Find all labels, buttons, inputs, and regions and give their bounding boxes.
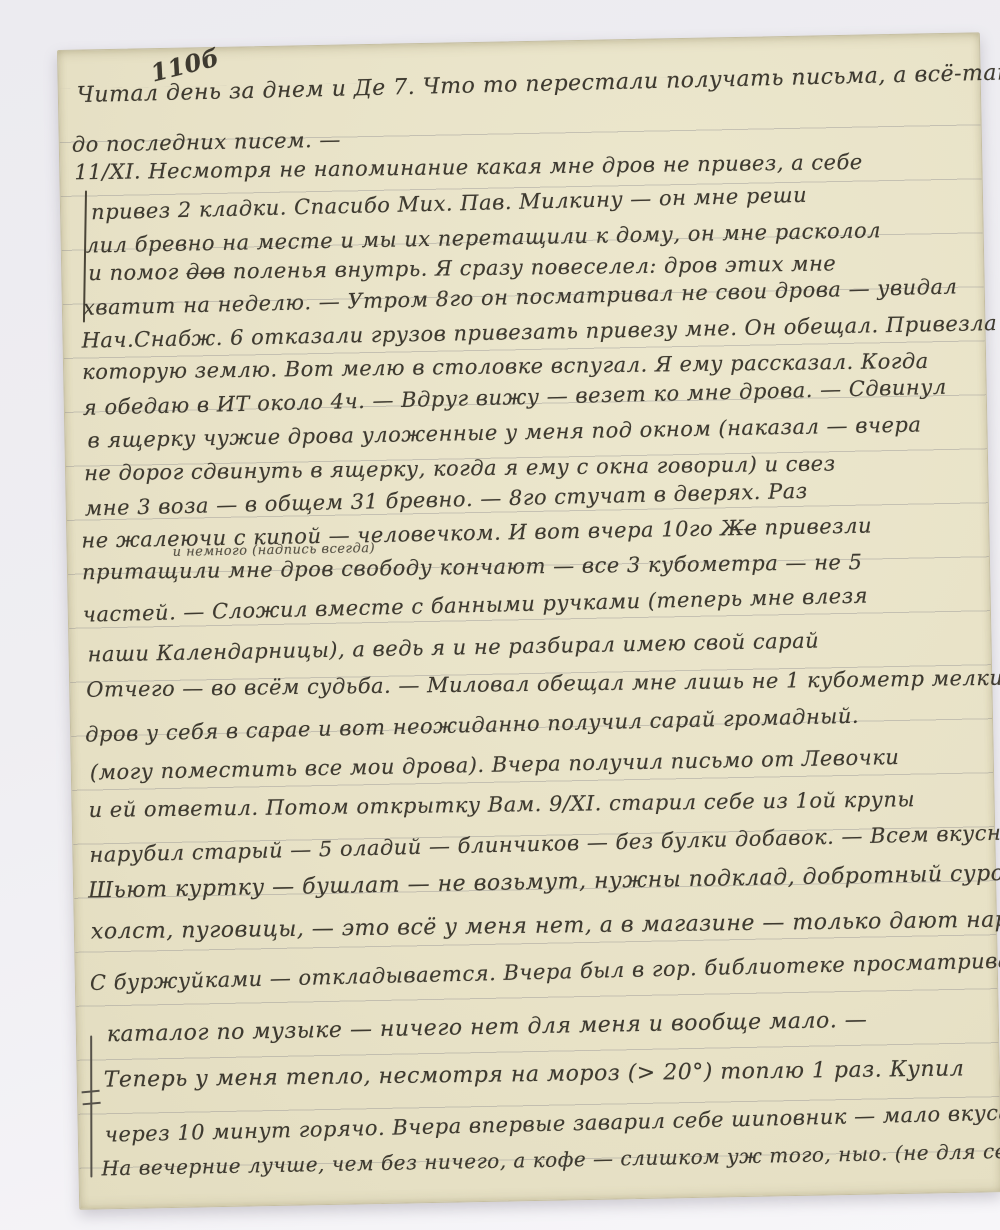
manuscript-line: мне 3 воза — в общем 31 бревно. — 8го ст… bbox=[85, 479, 808, 521]
manuscript-line: (могу поместить все мои дрова). Вчера по… bbox=[90, 745, 900, 785]
manuscript-line: Шьют куртку — бушлат — не возьмут, нужны… bbox=[88, 860, 1000, 903]
manuscript-line: холст, пуговицы, — это всё у меня нет, а… bbox=[91, 907, 1000, 945]
manuscript-line: С буржуйками — откладывается. Вчера был … bbox=[90, 948, 1000, 995]
manuscript-line: 11/XI. Несмотря не напоминание какая мне… bbox=[74, 150, 863, 184]
manuscript-line: Нач.Снабж. 6 отказали грузов привезать п… bbox=[81, 311, 997, 353]
manuscript-line: дров у себя в сарае и вот неожиданно пол… bbox=[85, 704, 859, 747]
manuscript-line: нарубил старый — 5 оладий — блинчиков — … bbox=[89, 820, 1000, 867]
manuscript-line: до последних писем. — bbox=[72, 128, 341, 157]
manuscript-line: через 10 минут горячо. Вчера впервые зав… bbox=[105, 1101, 1000, 1147]
manuscript-line: в ящерку чужие дрова уложенные у меня по… bbox=[87, 412, 921, 452]
manuscript-line: частей. — Сложил вместе с банными ручкам… bbox=[83, 583, 869, 626]
manuscript-line: привез 2 кладки. Спасибо Мих. Пав. Милки… bbox=[91, 183, 808, 224]
scanned-page-background: 110б и немного (надпись всегда) Читал де… bbox=[0, 0, 1000, 1230]
manuscript-line: каталог по музыке — ничего нет для меня … bbox=[107, 1008, 868, 1048]
manuscript-line: и ей ответил. Потом открытку Вам. 9/XI. … bbox=[88, 787, 915, 822]
manuscript-line: не жалеючи с кипой — человечком. И вот в… bbox=[81, 513, 872, 552]
manuscript-line: Теперь у меня тепло, несмотря на мороз (… bbox=[104, 1056, 965, 1092]
manuscript-line: Отчего — во всём судьба. — Миловал обеща… bbox=[86, 666, 1000, 702]
manuscript-line: На вечерние лучше, чем без ничего, а коф… bbox=[101, 1138, 1000, 1181]
margin-stroke-bottom bbox=[90, 1036, 92, 1178]
manuscript-line: наши Календарницы), а ведь я и не разбир… bbox=[87, 628, 819, 666]
margin-hash-mark bbox=[82, 1090, 101, 1106]
manuscript-paper: 110б и немного (надпись всегда) Читал де… bbox=[57, 32, 1000, 1210]
